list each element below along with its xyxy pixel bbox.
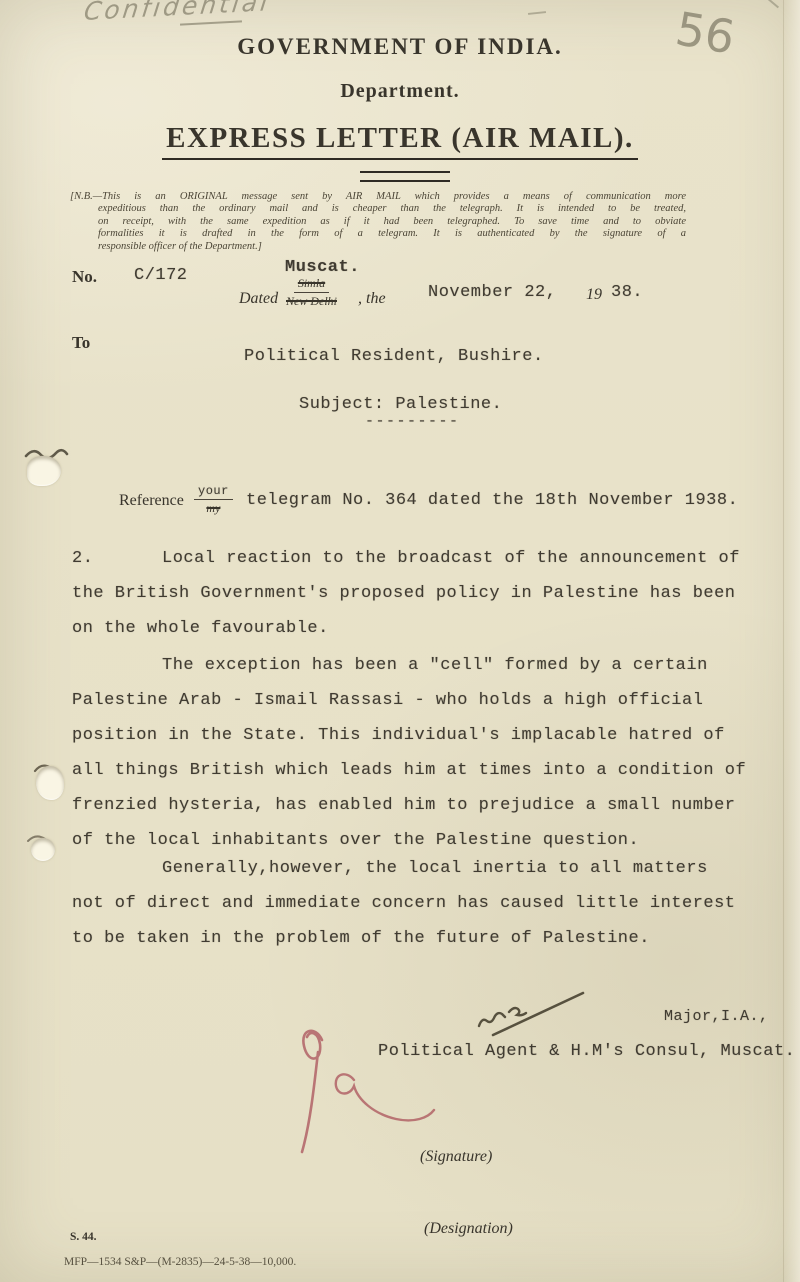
nb-line: on receipt, with the same expedition as … — [98, 216, 686, 228]
paragraph: Generally,however, the local inertia to … — [72, 851, 772, 956]
letter-number: C/172 — [134, 266, 188, 285]
struck-place-simla: Simla — [294, 276, 329, 293]
paragraph-line: Palestine Arab - Ismail Rassasi - who ho… — [72, 683, 772, 718]
no-label: No. — [72, 267, 97, 287]
signatory-rank: Major,I.A., — [664, 1008, 769, 1025]
signature-label: (Signature) — [420, 1148, 492, 1166]
year-typed: 38. — [611, 283, 643, 302]
the-label: , the — [358, 290, 386, 308]
paragraph-line: position in the State. This individual's… — [72, 718, 772, 753]
nb-line: expeditious than the ordinary mail and i… — [98, 203, 686, 215]
reference-label: Reference — [119, 492, 184, 510]
paragraph-line: frenzied hysteria, has enabled him to pr… — [72, 788, 772, 823]
subject-line: Subject: Palestine. — [299, 395, 502, 414]
nb-line: responsible officer of the Department.] — [98, 241, 686, 253]
paragraph: The exception has been a "cell" formed b… — [72, 648, 772, 858]
paragraph-line: to be taken in the problem of the future… — [72, 921, 772, 956]
nb-line: formalities it is drafted in the form of… — [98, 228, 686, 240]
paper-right-edge — [784, 0, 800, 1282]
reference-pronoun-choice: your my — [194, 484, 233, 516]
paper-edge-line — [783, 0, 784, 1282]
struck-place-options: Simla New Delhi — [284, 276, 339, 309]
letter-page: Confidential 56 GOVERNMENT OF INDIA. Dep… — [0, 0, 800, 1282]
department-heading: Department. — [0, 80, 800, 103]
punch-hole — [31, 838, 55, 861]
express-letter-title: EXPRESS LETTER (AIR MAIL). — [162, 122, 638, 160]
struck-place-new-delhi: New Delhi — [284, 293, 339, 309]
form-number: S. 44. — [70, 1231, 97, 1243]
print-code: MFP—1534 S&P—(M-2835)—24-5-38—10,000. — [64, 1256, 296, 1268]
place-typed: Muscat. — [285, 258, 360, 277]
paragraph-line: Generally,however, the local inertia to … — [72, 851, 772, 886]
designation-label: (Designation) — [424, 1220, 513, 1238]
dated-label: Dated — [239, 290, 278, 308]
paragraph-line: not of direct and immediate concern has … — [72, 886, 772, 921]
reference-pronoun-your: your — [194, 484, 233, 500]
date-typed: November 22, — [428, 283, 556, 302]
signature-ink-mark — [465, 980, 595, 1042]
year-printed: 19 — [586, 286, 602, 304]
recipient-line: Political Resident, Bushire. — [244, 347, 544, 366]
confidential-annotation: Confidential — [82, 0, 272, 26]
punch-hole — [36, 766, 64, 800]
confidential-underline — [180, 20, 242, 25]
paragraph-line: the British Government's proposed policy… — [72, 576, 772, 611]
nb-note: [N.B.—This is an ORIGINAL message sent b… — [70, 191, 686, 253]
reference-text: telegram No. 364 dated the 18th November… — [246, 491, 738, 510]
paragraph-line: The exception has been a "cell" formed b… — [72, 648, 772, 683]
to-label: To — [72, 333, 90, 353]
nb-line: [N.B.—This is an ORIGINAL message sent b… — [98, 191, 686, 203]
paragraph-line: on the whole favourable. — [72, 611, 772, 646]
paragraph: Local reaction to the broadcast of the a… — [72, 541, 772, 646]
subject-underline: --------- — [365, 413, 460, 430]
punch-hole — [27, 456, 61, 486]
paragraph-line: Local reaction to the broadcast of the a… — [72, 541, 772, 576]
government-heading: GOVERNMENT OF INDIA. — [0, 34, 800, 60]
reference-pronoun-my-struck: my — [204, 500, 222, 516]
title-double-rule — [360, 171, 450, 182]
paragraph-line: all things British which leads him at ti… — [72, 753, 772, 788]
pencil-tick-mark — [767, 0, 779, 8]
pencil-dash-mark — [528, 11, 546, 15]
